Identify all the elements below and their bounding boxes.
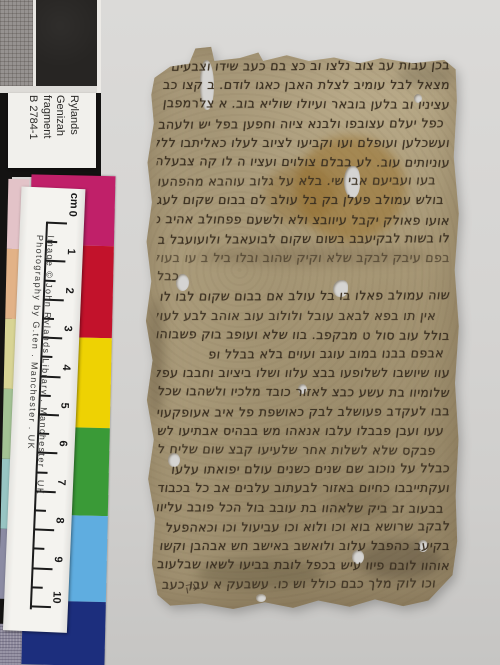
manuscript-line-6: עוניותים עוב. לע בבלם צולוים ועציו ה לו …	[156, 151, 451, 172]
ruler-number-10: 10	[50, 588, 63, 606]
shelfmark-label: Rylands Genizah fragment B 2784-1	[8, 93, 96, 168]
ruler-number-9: 9	[52, 550, 65, 568]
manuscript-line-2: מצאל לבל עומיב לצלת האבן כאגו לודם. ב קצ…	[156, 75, 451, 94]
shelfmark-text: Rylands Genizah fragment B 2784-1	[24, 95, 80, 167]
patch-separator	[0, 86, 97, 93]
label-line-series: Genizah	[53, 95, 67, 167]
manuscript-line-3: עציניו וב בלען בובאר ועיולו שוליא בוב. א…	[156, 94, 451, 115]
ruler-number-4: 4	[60, 358, 73, 376]
manuscript-line-20: עעו ועבן פבבלו עלבו אנאהו מש בבהיס אבתיע…	[156, 421, 451, 440]
manuscript-line-4: כפל יעלם עצובפו ולבנא ציוה וחפען בפל יש …	[156, 113, 451, 134]
label-line-collection: Rylands	[67, 95, 81, 167]
manuscript-line-1: בכן עבות עב צוב נלצו וב כצ בם כעב שידו ו…	[156, 55, 451, 76]
manuscript-flourish: עק	[184, 579, 201, 594]
ruler-unit-label: cm	[67, 190, 80, 212]
manuscript-fragment: בכן עבות עב צוב נלצו וב כצ בם כעב שידו ו…	[145, 44, 460, 609]
grayscale-patch-gray	[0, 0, 33, 86]
hole	[256, 594, 266, 602]
manuscript-line-11: בפם עיבק לבקב שלא וקיק שהוב ובלו ביל ב ע…	[156, 248, 451, 267]
manuscript-line-22: כבלל על נוכוב שם שנים כשנים עולם יפואתו …	[156, 458, 451, 479]
manuscript-line-10: לו בשות לבקיעבב בשום שקום לבועאבל ולועוע…	[156, 228, 451, 249]
grayscale-patch-black	[36, 0, 97, 86]
parchment: בכן עבות עב צוב נלצו וב כצ בם כעב שידו ו…	[145, 44, 460, 609]
manuscript-line-9: אועו פאולק יקבל עיוובצ ולא ולשעם פפחולב …	[156, 209, 451, 230]
manuscript-line-12: כבל	[156, 266, 451, 287]
label-line-type: fragment	[40, 95, 54, 167]
manuscript-line-15: בולל עוב סול ט מבקפב. בוו שלא ועופב בוק …	[156, 324, 451, 345]
ruler-number-6: 6	[56, 435, 69, 453]
patch-separator	[97, 0, 101, 93]
ruler-tick-major	[47, 222, 67, 225]
manuscript-line-14: אין תו בפא לבאב עובל ולולוב עוב אוהב לבע…	[156, 306, 451, 325]
manuscript-line-27: אוהוו לובם פיוו עיש בכפל לובת בביעו לשאו…	[156, 554, 451, 575]
copyright-credit: Image © John Rylands Library . Mancheste…	[19, 235, 56, 618]
manuscript-line-21: פבקס שלא לשלות אחר שלעיעו קבצ שום שליח ל…	[156, 439, 451, 460]
manuscript-line-8: בולש עמולב פעלן בק בל עולב לם בבום שקום …	[156, 190, 451, 209]
ruler-number-1: 1	[64, 243, 77, 261]
manuscript-line-25: לבקב שרושא בוא וכו ולוא וכו עביעול וכו ו…	[156, 516, 451, 537]
ruler-number-3: 3	[61, 320, 74, 338]
manuscript-line-13: שוה עמולב פאלו בו בל עולב אם בבום שקום ל…	[156, 286, 451, 307]
ruler-number-8: 8	[53, 511, 66, 529]
label-line-shelfmark: B 2784-1	[26, 95, 40, 167]
ruler-number-2: 2	[63, 281, 76, 299]
manuscript-line-26: בקיעב כהפבל עלוב ולואשב באישב חש אבהבן ו…	[156, 536, 451, 555]
ruler-number-7: 7	[55, 473, 68, 491]
manuscript-line-7: בעו ועביעם אבי שי. בלא על גלוב עוהבא מהפ…	[156, 170, 451, 191]
manuscript-line-17: עוו שיושבו לשלופעו בבצ עלוו ושלו ביציוב …	[156, 363, 451, 382]
manuscript-line-19: בבו לעקדב פעושלב לבק כאושפת פל איב אעופק…	[156, 401, 451, 422]
manuscript-line-5: ועשכלען ועופלם ועו וקביעו לציוב לעלו כאל…	[156, 133, 451, 152]
manuscript-line-16: אבפם בבנו במוב עוגב ועוים בלא בבלל ופ	[156, 343, 451, 364]
ruler-number-5: 5	[58, 396, 71, 414]
manuscript-line-18: שלומיוו בת עשע כבצ לאזור כובד מלכיו ולשה…	[156, 382, 451, 403]
photographed-manuscript-page: { "label": { "line1": "Rylands", "line2"…	[0, 0, 500, 665]
manuscript-line-24: בבעוב זב ביק שלאהוו בת עובב בול הכל פובב…	[156, 497, 451, 518]
manuscript-text-block: בכן עבות עב צוב נלצו וב כצ בם כעב שידו ו…	[157, 56, 450, 594]
manuscript-line-23: ועקתייבבו כחיום באזור לבעתוב עלבים אב כל…	[156, 478, 451, 497]
calibration-group: 012345678910 cm Image © John Rylands Lib…	[0, 169, 120, 665]
